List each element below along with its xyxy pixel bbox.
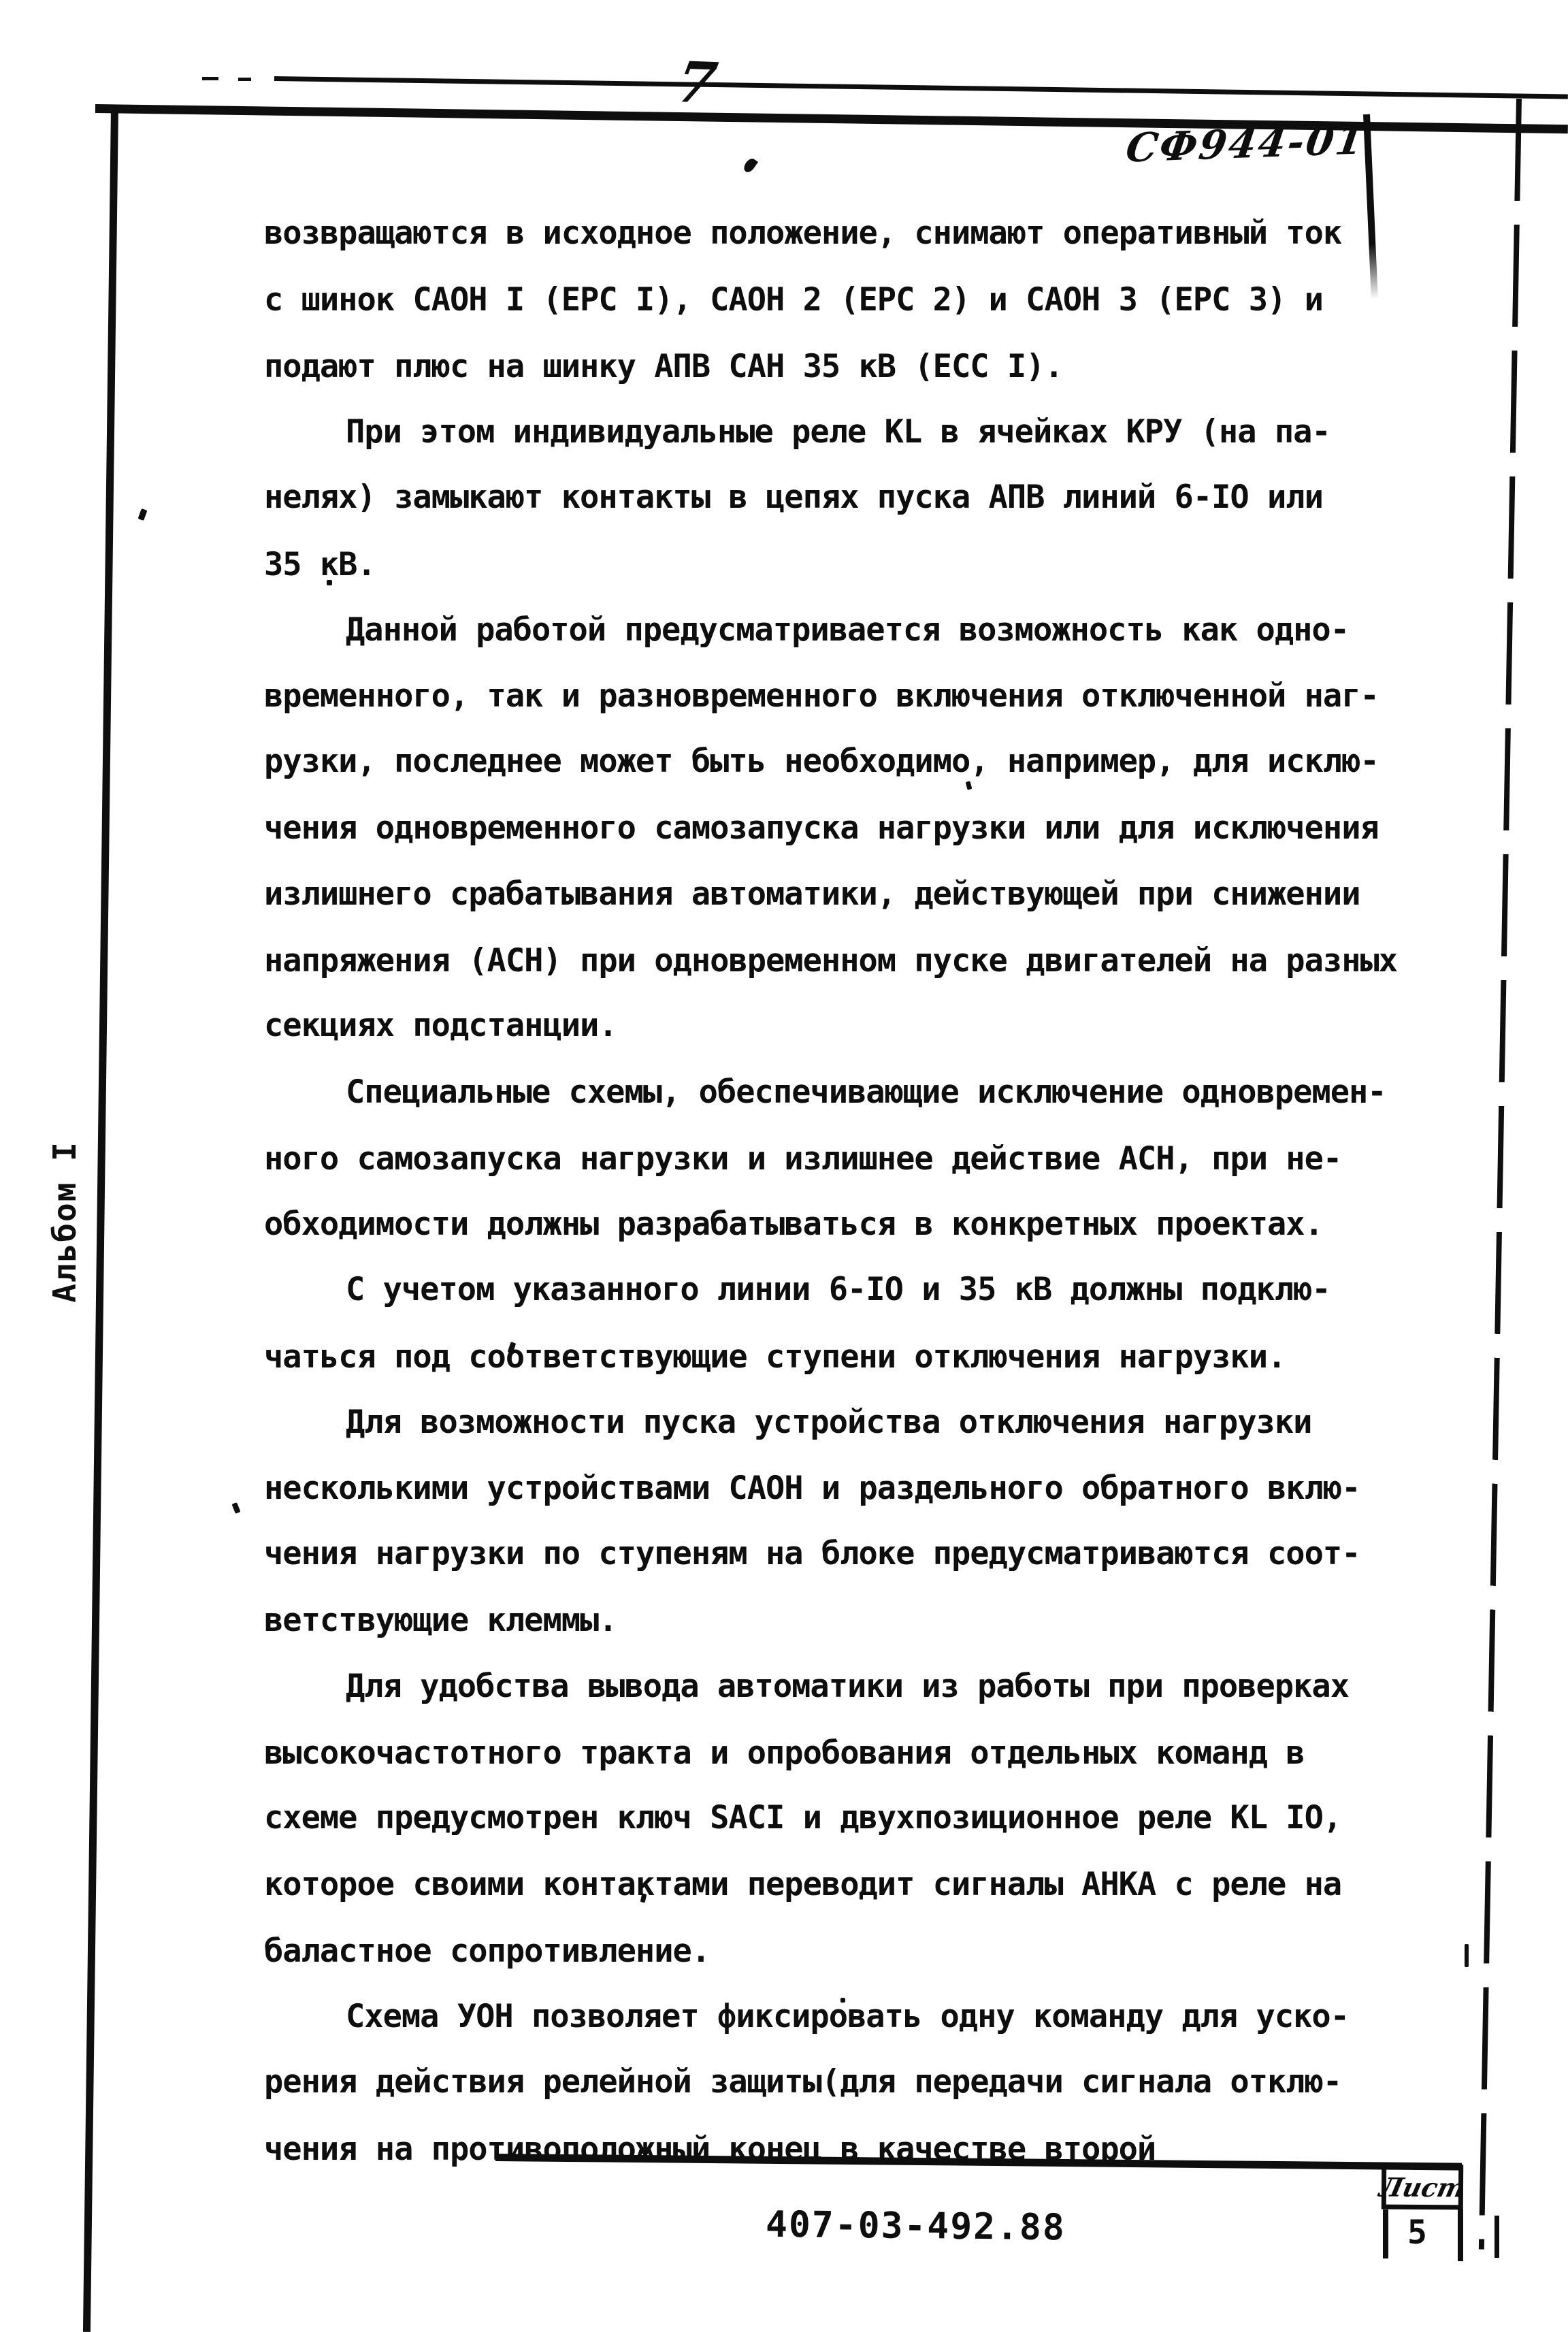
sheet-cell-left-border	[1383, 2209, 1388, 2258]
text-line: которое своими контактами переводит сигн…	[264, 1851, 1448, 1917]
text-line: Для удобства вывода автоматики из работы…	[264, 1653, 1448, 1719]
top-rule-line	[274, 76, 1568, 99]
sheet-cell-right-border	[1458, 2209, 1463, 2261]
text-line: чения на противоположный конец в качеств…	[264, 2116, 1448, 2182]
sheet-label-box: Лист	[1382, 2165, 1463, 2210]
text-line: Специальные схемы, обеспечивающие исключ…	[264, 1059, 1448, 1125]
text-line: рения действия релейной защиты(для перед…	[264, 2049, 1448, 2115]
text-line: Схема УОН позволяет фиксировать одну ком…	[264, 1983, 1448, 2050]
text-line: с шинок САОН I (ЕРС I), САОН 2 (ЕРС 2) и…	[264, 267, 1448, 333]
text-line: излишнего срабатывания автоматики, дейст…	[264, 861, 1448, 927]
text-line: секциях подстанции.	[264, 992, 1448, 1058]
text-line: При этом индивидуальные реле KL в ячейка…	[264, 399, 1448, 465]
text-line: рузки, последнее может быть необходимо, …	[264, 728, 1448, 794]
text-line: напряжения (АСН) при одновременном пуске…	[264, 928, 1448, 994]
text-line: Данной работой предусматривается возможн…	[264, 597, 1448, 663]
document-body: возвращаются в исходное положение, снима…	[264, 201, 1448, 2182]
sheet-label: Лист	[1377, 2171, 1468, 2203]
text-line: Для возможности пуска устройства отключе…	[264, 1389, 1448, 1455]
document-number: 407-03-492.88	[766, 2204, 1066, 2249]
sheet-number: 5	[1407, 2214, 1427, 2252]
text-line: С учетом указанного линии 6-IO и 35 кВ д…	[264, 1257, 1448, 1323]
text-line: ного самозапуска нагрузки и излишнее дей…	[264, 1126, 1448, 1192]
text-line: чаться под соответствующие ступени отклю…	[264, 1324, 1448, 1390]
text-line: чения нагрузки по ступеням на блоке пред…	[264, 1521, 1448, 1587]
text-line: высокочастотного тракта и опробования от…	[264, 1720, 1448, 1786]
text-line: возвращаются в исходное положение, снима…	[264, 200, 1448, 266]
text-line: несколькими устройствами САОН и раздельн…	[264, 1455, 1448, 1521]
scan-edge-dash	[1494, 2216, 1499, 2258]
text-line: ветствующие клеммы.	[264, 1587, 1448, 1653]
text-line: обходимости должны разрабатываться в кон…	[264, 1191, 1448, 1257]
text-line: баластное сопротивление.	[264, 1918, 1448, 1984]
scan-speckle	[138, 508, 148, 521]
text-line: 35 кВ.	[264, 532, 1448, 598]
text-line: подают плюс на шинку АПВ САН 35 кВ (ЕСС …	[264, 334, 1448, 400]
album-sidebar-label: Альбом I	[41, 1089, 88, 1355]
top-dash-line	[238, 78, 251, 81]
handwritten-page-number: 7	[672, 55, 721, 111]
text-line: временного, так и разновременного включе…	[264, 663, 1448, 729]
text-line: схеме предусмотрен ключ SACI и двухпозиц…	[264, 1785, 1448, 1851]
scan-speckle	[840, 1998, 845, 2003]
frame-right-border	[1479, 99, 1522, 2250]
top-dash-line	[202, 77, 218, 80]
scanned-document-page: 7 СФ944-01 Альбом I возвращаются в исход…	[0, 0, 1568, 2332]
scan-speckle	[1465, 1944, 1469, 1967]
handwritten-stamp: СФ944-01	[1123, 114, 1422, 171]
text-line: нелях) замыкают контакты в цепях пуска А…	[264, 464, 1448, 530]
text-line: чения одновременного самозапуска нагрузк…	[264, 795, 1448, 861]
scan-speckle	[327, 580, 332, 585]
scan-speckle	[742, 157, 758, 174]
scan-speckle	[231, 1502, 240, 1514]
